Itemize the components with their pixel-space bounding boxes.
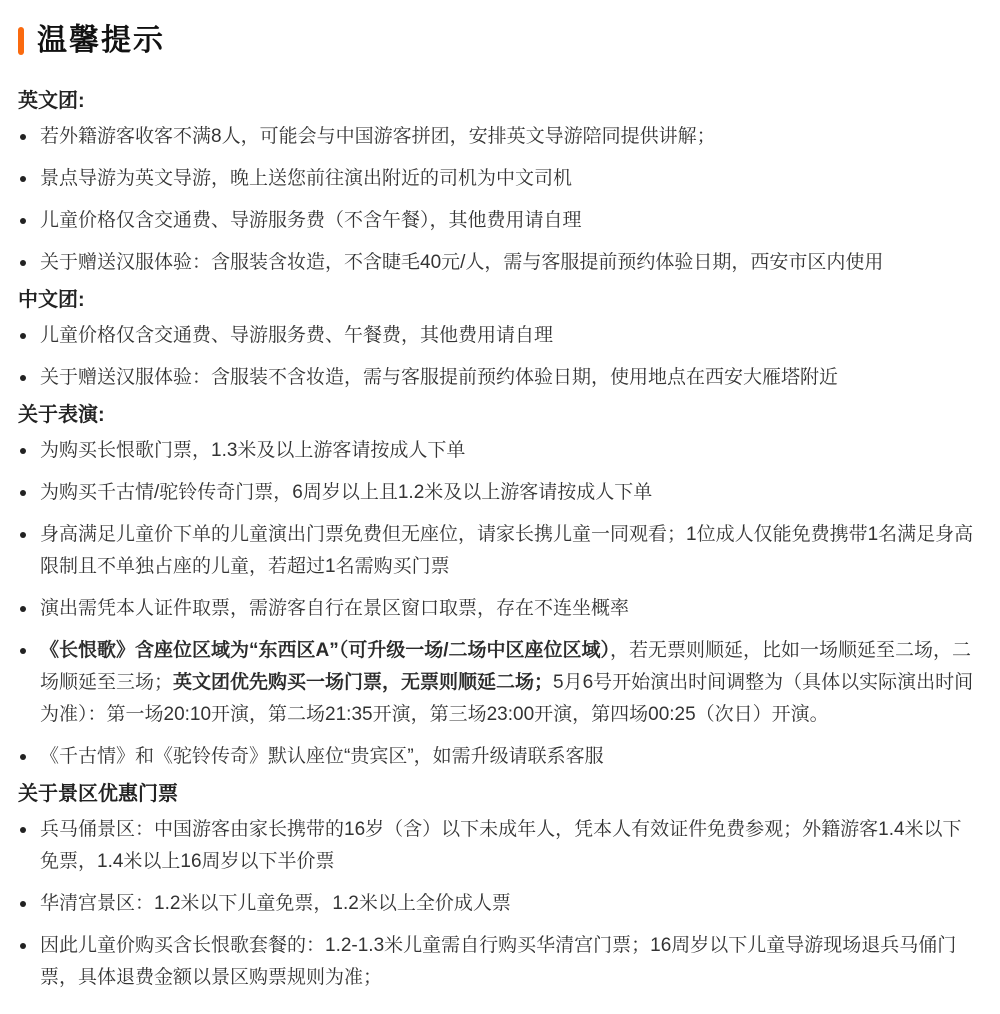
list-item: 儿童价格仅含交通费、导游服务费、午餐费，其他费用请自理 bbox=[18, 320, 980, 352]
bullet-dot-icon bbox=[20, 490, 26, 496]
tips-sections: 英文团:若外籍游客收客不满8人，可能会与中国游客拼团，安排英文导游陪同提供讲解；… bbox=[18, 90, 980, 994]
bullet-dot-icon bbox=[20, 260, 26, 266]
tips-section: 关于表演:为购买长恨歌门票，1.3米及以上游客请按成人下单为购买千古情/驼铃传奇… bbox=[18, 404, 980, 773]
list-item: 华清宫景区：1.2米以下儿童免票，1.2米以上全价成人票 bbox=[18, 888, 980, 920]
bullet-text: 为购买长恨歌门票，1.3米及以上游客请按成人下单 bbox=[40, 440, 465, 461]
list-item: 演出需凭本人证件取票，需游客自行在景区窗口取票，存在不连坐概率 bbox=[18, 593, 980, 625]
accent-bar-icon bbox=[18, 27, 24, 55]
bullet-text: 兵马俑景区：中国游客由家长携带的16岁（含）以下未成年人，凭本人有效证件免费参观… bbox=[40, 819, 962, 872]
bullet-text: 关于赠送汉服体验：含服装含妆造，不含睫毛40元/人，需与客服提前预约体验日期，西… bbox=[40, 252, 883, 273]
bullet-text: 关于赠送汉服体验：含服装不含妆造，需与客服提前预约体验日期，使用地点在西安大雁塔… bbox=[40, 367, 838, 388]
bullet-text: 儿童价格仅含交通费、导游服务费、午餐费，其他费用请自理 bbox=[40, 325, 553, 346]
section-heading: 关于景区优惠门票 bbox=[18, 783, 980, 806]
page-title: 温馨提示 bbox=[37, 26, 165, 56]
list-item: 为购买长恨歌门票，1.3米及以上游客请按成人下单 bbox=[18, 435, 980, 467]
bullet-text: 因此儿童价购买含长恨歌套餐的：1.2-1.3米儿童需自行购买华清宫门票；16周岁… bbox=[40, 935, 956, 988]
section-heading: 中文团: bbox=[18, 289, 980, 312]
list-item: 景点导游为英文导游，晚上送您前往演出附近的司机为中文司机 bbox=[18, 163, 980, 195]
bullet-text: 《千古情》和《驼铃传奇》默认座位“贵宾区”，如需升级请联系客服 bbox=[40, 746, 604, 767]
tips-section: 英文团:若外籍游客收客不满8人，可能会与中国游客拼团，安排英文导游陪同提供讲解；… bbox=[18, 90, 980, 279]
bullet-dot-icon bbox=[20, 901, 26, 907]
tips-section: 关于景区优惠门票兵马俑景区：中国游客由家长携带的16岁（含）以下未成年人，凭本人… bbox=[18, 783, 980, 994]
list-item: 因此儿童价购买含长恨歌套餐的：1.2-1.3米儿童需自行购买华清宫门票；16周岁… bbox=[18, 930, 980, 994]
bullet-text: 演出需凭本人证件取票，需游客自行在景区窗口取票，存在不连坐概率 bbox=[40, 598, 629, 619]
list-item: 关于赠送汉服体验：含服装含妆造，不含睫毛40元/人，需与客服提前预约体验日期，西… bbox=[18, 247, 980, 279]
tips-page: 温馨提示 英文团:若外籍游客收客不满8人，可能会与中国游客拼团，安排英文导游陪同… bbox=[0, 0, 1000, 1014]
bullet-dot-icon bbox=[20, 648, 26, 654]
bullet-dot-icon bbox=[20, 606, 26, 612]
list-item: 兵马俑景区：中国游客由家长携带的16岁（含）以下未成年人，凭本人有效证件免费参观… bbox=[18, 814, 980, 878]
bullet-text: 若外籍游客收客不满8人，可能会与中国游客拼团，安排英文导游陪同提供讲解； bbox=[40, 126, 716, 147]
bullet-dot-icon bbox=[20, 943, 26, 949]
bullet-text: 身高满足儿童价下单的儿童演出门票免费但无座位，请家长携儿童一同观看；1位成人仅能… bbox=[40, 524, 973, 577]
bullet-list: 兵马俑景区：中国游客由家长携带的16岁（含）以下未成年人，凭本人有效证件免费参观… bbox=[18, 814, 980, 994]
bullet-dot-icon bbox=[20, 754, 26, 760]
page-title-row: 温馨提示 bbox=[18, 26, 980, 56]
bullet-dot-icon bbox=[20, 532, 26, 538]
bullet-dot-icon bbox=[20, 448, 26, 454]
bullet-text: 景点导游为英文导游，晚上送您前往演出附近的司机为中文司机 bbox=[40, 168, 572, 189]
bullet-text: 为购买千古情/驼铃传奇门票，6周岁以上且1.2米及以上游客请按成人下单 bbox=[40, 482, 652, 503]
section-heading: 关于表演: bbox=[18, 404, 980, 427]
bullet-text: 华清宫景区：1.2米以下儿童免票，1.2米以上全价成人票 bbox=[40, 893, 511, 914]
list-item: 儿童价格仅含交通费、导游服务费（不含午餐），其他费用请自理 bbox=[18, 205, 980, 237]
section-heading: 英文团: bbox=[18, 90, 980, 113]
bullet-list: 为购买长恨歌门票，1.3米及以上游客请按成人下单为购买千古情/驼铃传奇门票，6周… bbox=[18, 435, 980, 773]
list-item: 《长恨歌》含座位区域为“东西区A”（可升级一场/二场中区座位区域），若无票则顺延… bbox=[18, 635, 980, 731]
bullet-text: 儿童价格仅含交通费、导游服务费（不含午餐），其他费用请自理 bbox=[40, 210, 582, 231]
list-item: 为购买千古情/驼铃传奇门票，6周岁以上且1.2米及以上游客请按成人下单 bbox=[18, 477, 980, 509]
bullet-list: 若外籍游客收客不满8人，可能会与中国游客拼团，安排英文导游陪同提供讲解；景点导游… bbox=[18, 121, 980, 279]
bullet-text-bold: 英文团优先购买一场门票，无票则顺延二场； bbox=[173, 672, 553, 693]
tips-section: 中文团:儿童价格仅含交通费、导游服务费、午餐费，其他费用请自理关于赠送汉服体验：… bbox=[18, 289, 980, 394]
bullet-dot-icon bbox=[20, 333, 26, 339]
list-item: 关于赠送汉服体验：含服装不含妆造，需与客服提前预约体验日期，使用地点在西安大雁塔… bbox=[18, 362, 980, 394]
bullet-dot-icon bbox=[20, 218, 26, 224]
bullet-text-bold: 《长恨歌》含座位区域为“东西区A”（可升级一场/二场中区座位区域） bbox=[40, 640, 610, 661]
bullet-list: 儿童价格仅含交通费、导游服务费、午餐费，其他费用请自理关于赠送汉服体验：含服装不… bbox=[18, 320, 980, 394]
list-item: 若外籍游客收客不满8人，可能会与中国游客拼团，安排英文导游陪同提供讲解； bbox=[18, 121, 980, 153]
list-item: 《千古情》和《驼铃传奇》默认座位“贵宾区”，如需升级请联系客服 bbox=[18, 741, 980, 773]
bullet-dot-icon bbox=[20, 827, 26, 833]
bullet-dot-icon bbox=[20, 375, 26, 381]
list-item: 身高满足儿童价下单的儿童演出门票免费但无座位，请家长携儿童一同观看；1位成人仅能… bbox=[18, 519, 980, 583]
bullet-dot-icon bbox=[20, 134, 26, 140]
bullet-dot-icon bbox=[20, 176, 26, 182]
